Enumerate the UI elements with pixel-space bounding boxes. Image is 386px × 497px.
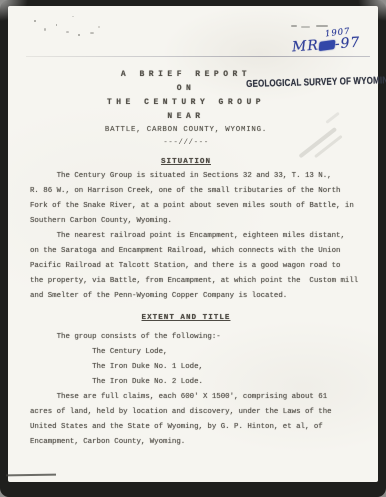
typewritten-line: The Iron Duke No. 1 Lode, [30, 360, 364, 375]
document-page: 1907 MR-97 GEOLOGICAL SURVEY OF WYOMING … [8, 6, 378, 482]
pencil-rule [26, 56, 370, 57]
typewritten-line: R. 86 W., on Harrison Creek, one of the … [30, 184, 364, 199]
typewritten-line: Fork of the Snake River, at a point abou… [30, 199, 364, 214]
typewritten-line: on the Saratoga and Encampment Railroad,… [30, 244, 364, 259]
bottom-pencil-mark [6, 474, 56, 477]
typewritten-line: The group consists of the following:- [30, 330, 364, 345]
typewritten-line: The nearest railroad point is Encampment… [30, 229, 364, 244]
title-line: A BRIEF REPORT [30, 68, 342, 82]
typewritten-line: The Iron Duke No. 2 Lode. [30, 375, 364, 390]
section-heading: SITUATION [30, 155, 342, 169]
title-divider: ---///--- [30, 137, 342, 150]
title-line: THE CENTURY GROUP [30, 96, 342, 110]
scanned-document: 1907 MR-97 GEOLOGICAL SURVEY OF WYOMING … [0, 0, 386, 497]
file-number-suffix: -97 [334, 35, 361, 53]
title-line: NEAR [30, 110, 342, 124]
typewritten-line: The Century Lode, [30, 345, 364, 360]
typewritten-line: the property, via Battle, from Encampmen… [30, 274, 364, 289]
handwritten-file-number: MR-97 [292, 35, 361, 56]
file-number-prefix: MR [292, 38, 320, 56]
typewritten-column: A BRIEF REPORTONTHE CENTURY GROUPNEAR BA… [30, 68, 364, 450]
report-body: SITUATION The Century Group is situated … [30, 155, 364, 450]
typewritten-line: and Smelter of the Penn-Wyoming Copper C… [30, 289, 364, 304]
title-line: ON [30, 82, 342, 96]
typewritten-line: Encampment, Carbon County, Wyoming. [30, 435, 364, 450]
typewritten-line: Pacific Railroad at Talcott Station, and… [30, 259, 364, 274]
section-heading: EXTENT AND TITLE [30, 311, 342, 325]
typewritten-line: These are full claims, each 600' X 1500'… [30, 390, 364, 405]
typewritten-line: United States and the State of Wyoming, … [30, 420, 364, 435]
typewritten-line: Southern Carbon County, Wyoming. [30, 214, 364, 229]
title-location-line: BATTLE, CARBON COUNTY, WYOMING. [30, 124, 342, 137]
title-block: A BRIEF REPORTONTHE CENTURY GROUPNEAR [30, 68, 364, 124]
typewritten-line: The Century Group is situated in Section… [30, 169, 364, 184]
typewritten-line: acres of land, held by location and disc… [30, 405, 364, 420]
ink-scribble [319, 40, 336, 51]
